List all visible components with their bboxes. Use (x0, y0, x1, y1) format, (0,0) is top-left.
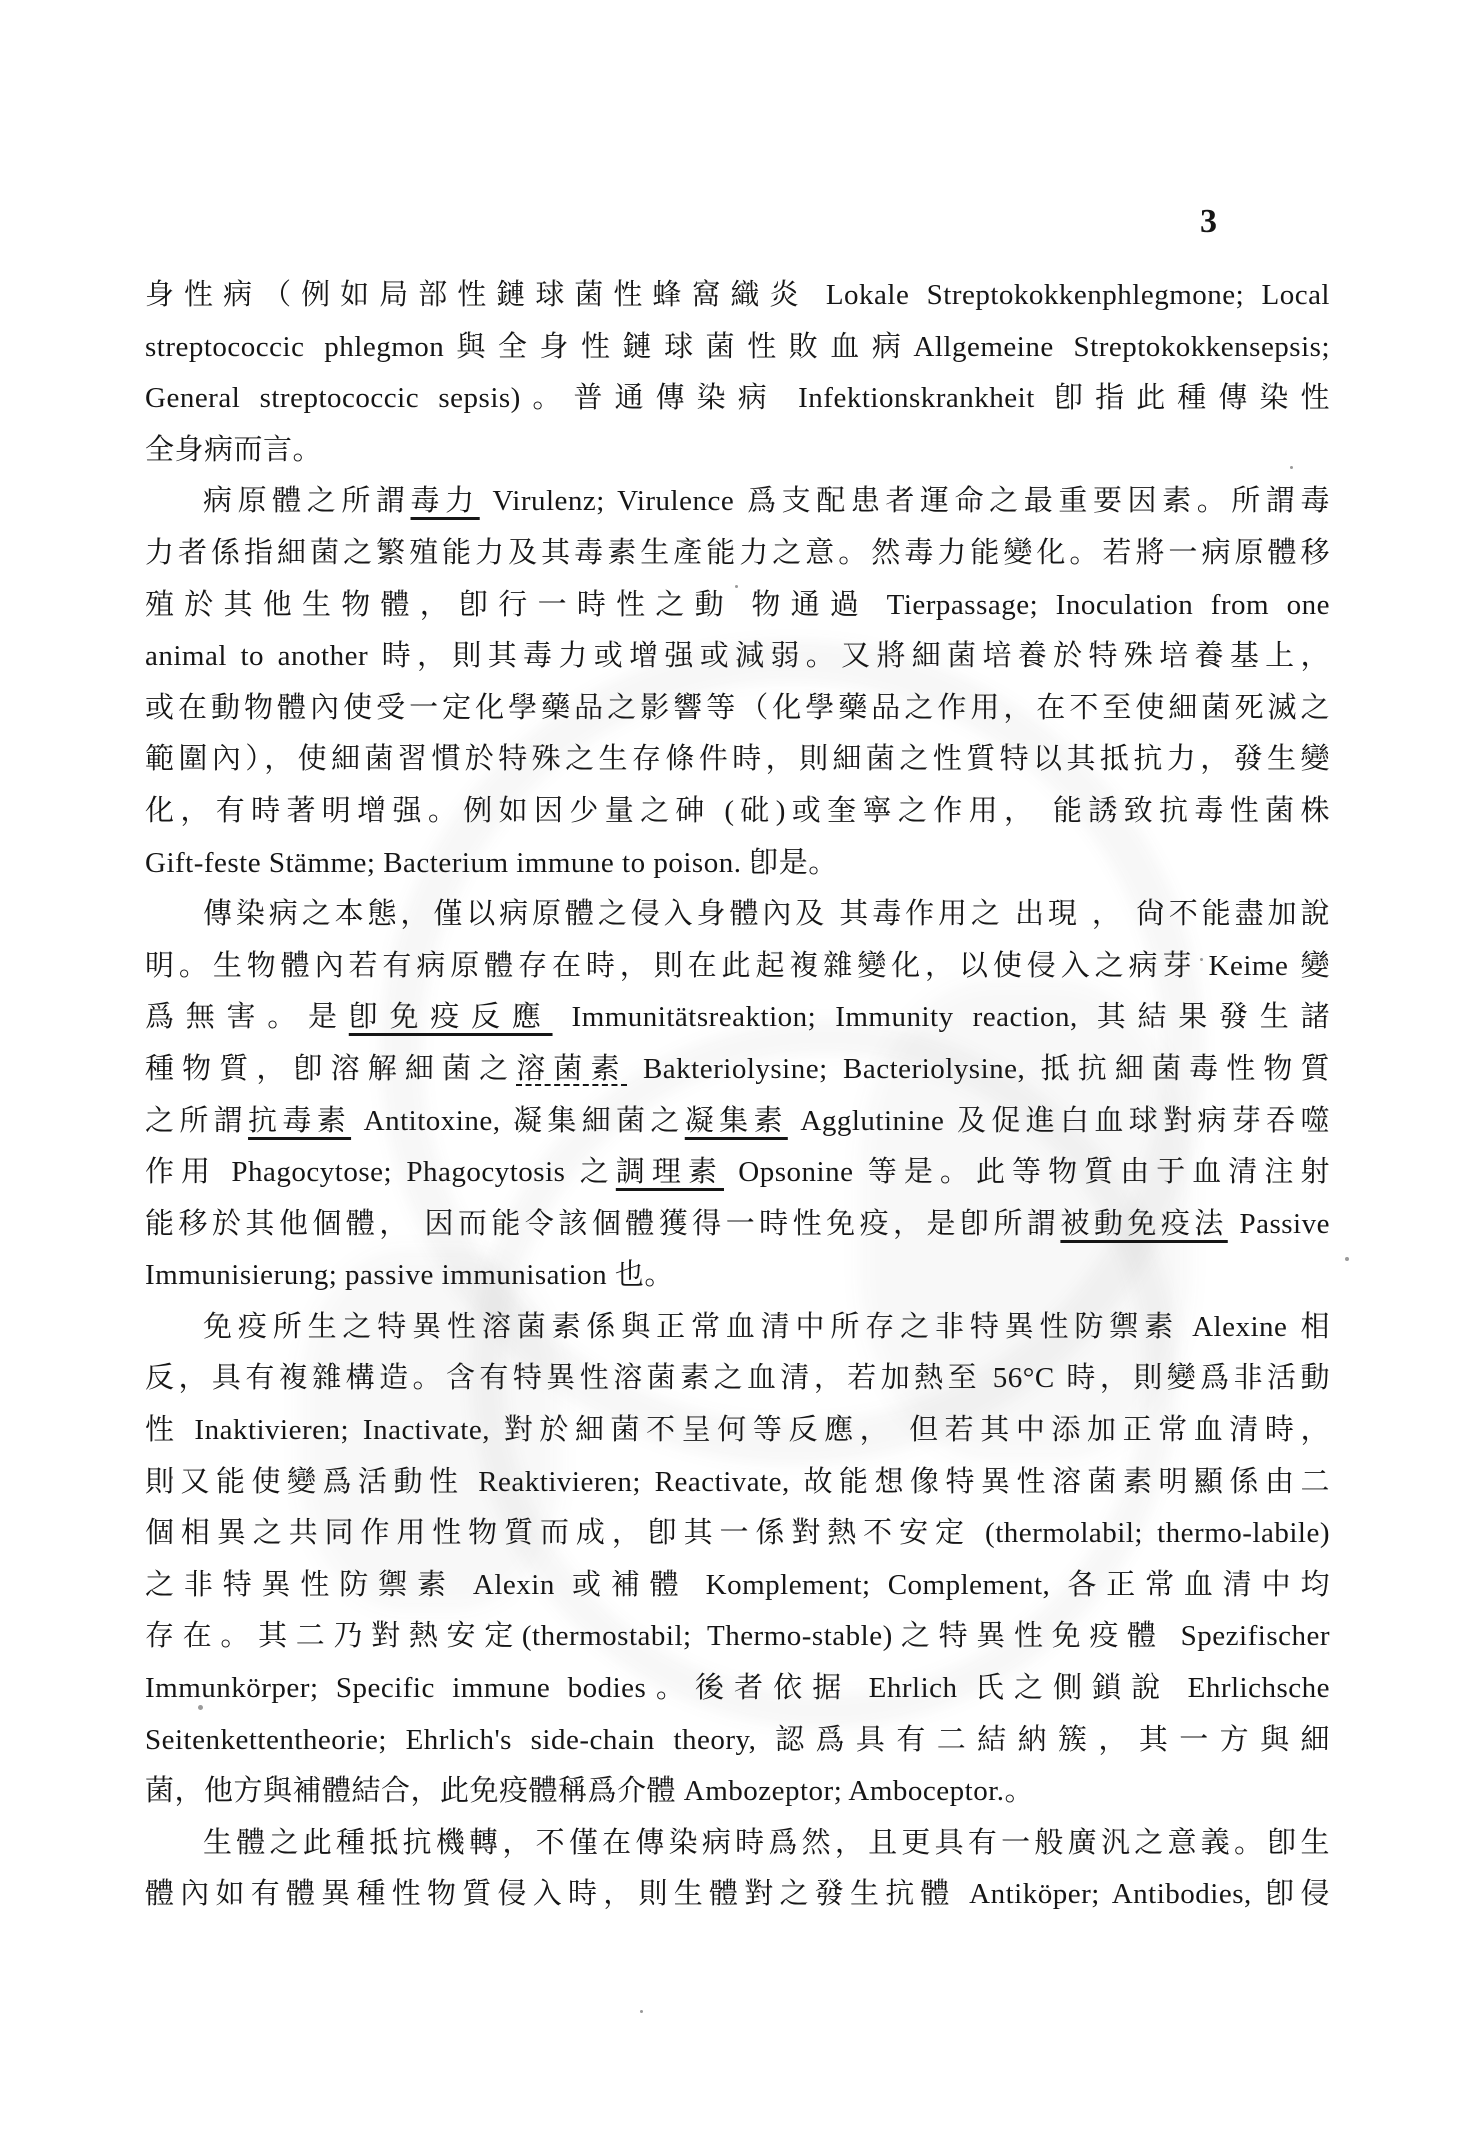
text-segment: 種物質，卽溶解細菌之 (145, 1053, 516, 1085)
text-segment: Agglutinine 及促進白血球對病芽吞噬 (788, 1105, 1330, 1137)
text-segment: Immunitätsreaktion; Immunity reaction, 其… (553, 1001, 1330, 1033)
text-segment: streptococcic phlegmon與全身性鏈球菌性敗血病Allgeme… (145, 331, 1330, 363)
underlined-term: 溶菌素 (516, 1053, 627, 1085)
text-line: 範圍內），使細菌習慣於特殊之生存條件時，則細菌之性質特以其抵抗力，發生變 (145, 734, 1330, 786)
text-segment: 全身病而言。 (145, 434, 322, 466)
text-line: Immunisierung; passive immunisation 也。 (145, 1250, 1330, 1302)
text-line: 免疫所生之特異性溶菌素係與正常血清中所存之非特異性防禦素 Alexine 相 (145, 1302, 1330, 1354)
text-segment: 身性病（例如局部性鏈球菌性蜂窩織炎 Lokale Streptokokkenph… (145, 279, 1330, 311)
text-line: 之所謂抗毒素 Antitoxine, 凝集細菌之凝集素 Agglutinine … (145, 1096, 1330, 1148)
text-segment: Immunkörper; Specific immune bodies。後者依据… (145, 1672, 1330, 1704)
text-segment: Opsonine 等是。此等物質由于血清注射 (724, 1156, 1330, 1188)
text-segment: 明。生物體內若有病原體存在時，則在此起複雜變化，以使侵入之病芽 Keime 變 (145, 950, 1330, 982)
text-segment: animal to another 時，則其毒力或增强或減弱。又將細菌培養於特殊… (145, 640, 1330, 672)
text-line: Gift-feste Stämme; Bacterium immune to p… (145, 838, 1330, 890)
text-segment: Seitenkettentheorie; Ehrlich's side-chai… (145, 1724, 1330, 1756)
text-line: 爲無害。是卽免疫反應 Immunitätsreaktion; Immunity … (145, 992, 1330, 1044)
underlined-term: 被動免疫法 (1060, 1208, 1227, 1240)
text-line: 病原體之所謂毒力 Virulenz; Virulence 爲支配患者運命之最重要… (145, 476, 1330, 528)
text-segment: Virulenz; Virulence 爲支配患者運命之最重要因素。所謂毒 (480, 485, 1330, 517)
page-number: 3 (1200, 203, 1218, 241)
text-line: 明。生物體內若有病原體存在時，則在此起複雜變化，以使侵入之病芽 Keime 變 (145, 941, 1330, 993)
text-line: 化，有時著明增强。例如因少量之砷 (砒)或奎寧之作用， 能誘致抗毒性菌株 (145, 786, 1330, 838)
underlined-term: 卽免疫反應 (349, 1001, 553, 1033)
text-line: 力者係指細菌之繁殖能力及其毒素生產能力之意。然毒力能變化。若將一病原體移 (145, 528, 1330, 580)
text-segment: 或在動物體內使受一定化學藥品之影響等（化學藥品之作用，在不至使細菌死滅之 (145, 692, 1330, 724)
text-segment: 之所謂 (145, 1105, 248, 1137)
text-line: animal to another 時，則其毒力或增强或減弱。又將細菌培養於特殊… (145, 631, 1330, 683)
underlined-term: 調理素 (616, 1156, 724, 1188)
text-segment: 力者係指細菌之繁殖能力及其毒素生產能力之意。然毒力能變化。若將一病原體移 (145, 537, 1330, 569)
text-line: 身性病（例如局部性鏈球菌性蜂窩織炎 Lokale Streptokokkenph… (145, 270, 1330, 322)
text-segment: 性 Inaktivieren; Inactivate, 對於細菌不呈何等反應， … (145, 1414, 1330, 1446)
scan-speck (1345, 1257, 1349, 1261)
text-segment: 體內如有體異種性物質侵入時，則生體對之發生抗體 Antiköper; Antib… (145, 1878, 1330, 1910)
text-segment: 個相異之共同作用性物質而成，卽其一係對熱不安定 (thermolabil; th… (145, 1517, 1330, 1549)
text-line: General streptococcic sepsis)。普通傳染病 Infe… (145, 373, 1330, 425)
text-line: 種物質，卽溶解細菌之溶菌素 Bakteriolysine; Bacterioly… (145, 1044, 1330, 1096)
text-segment: 作用 Phagocytose; Phagocytosis 之 (145, 1156, 616, 1188)
text-line: streptococcic phlegmon與全身性鏈球菌性敗血病Allgeme… (145, 322, 1330, 374)
underlined-term: 凝集素 (685, 1105, 788, 1137)
text-line: 作用 Phagocytose; Phagocytosis 之調理素 Opsoni… (145, 1147, 1330, 1199)
text-line: 殖於其他生物體，卽行一時性之動 物通過 Tierpassage; Inocula… (145, 580, 1330, 632)
text-line: 生體之此種抵抗機轉，不僅在傳染病時爲然，且更具有一般廣汎之意義。卽生 (145, 1818, 1330, 1870)
paragraph: 傳染病之本態，僅以病原體之侵入身體內及 其毒作用之 出現 ， 尙不能盡加說明。生… (145, 889, 1330, 1302)
text-segment: 化，有時著明增强。例如因少量之砷 (砒)或奎寧之作用， 能誘致抗毒性菌株 (145, 795, 1330, 827)
text-segment: Gift-feste Stämme; Bacterium immune to p… (145, 847, 838, 879)
text-line: 則又能使變爲活動性 Reaktivieren; Reactivate, 故能想像… (145, 1457, 1330, 1509)
text-segment: 範圍內），使細菌習慣於特殊之生存條件時，則細菌之性質特以其抵抗力，發生變 (145, 743, 1330, 775)
text-line: 菌，他方與補體結合，此免疫體稱爲介體 Ambozeptor; Ambocepto… (145, 1766, 1330, 1818)
text-line: Seitenkettentheorie; Ehrlich's side-chai… (145, 1715, 1330, 1767)
paragraph: 生體之此種抵抗機轉，不僅在傳染病時爲然，且更具有一般廣汎之意義。卽生體內如有體異… (145, 1818, 1330, 1921)
text-segment: 免疫所生之特異性溶菌素係與正常血清中所存之非特異性防禦素 Alexine 相 (203, 1311, 1330, 1343)
text-segment: 反，具有複雜構造。含有特異性溶菌素之血清，若加熱至 56°C 時，則變爲非活動 (145, 1362, 1330, 1394)
text-segment: 能移於其他個體， 因而能令該個體獲得一時性免疫，是卽所謂 (145, 1208, 1060, 1240)
text-segment: Antitoxine, 凝集細菌之 (351, 1105, 685, 1137)
text-line: 傳染病之本態，僅以病原體之侵入身體內及 其毒作用之 出現 ， 尙不能盡加說 (145, 889, 1330, 941)
paragraph: 病原體之所謂毒力 Virulenz; Virulence 爲支配患者運命之最重要… (145, 476, 1330, 889)
text-segment: 則又能使變爲活動性 Reaktivieren; Reactivate, 故能想像… (145, 1466, 1330, 1498)
text-line: 能移於其他個體， 因而能令該個體獲得一時性免疫，是卽所謂被動免疫法 Passiv… (145, 1199, 1330, 1251)
text-line: 或在動物體內使受一定化學藥品之影響等（化學藥品之作用，在不至使細菌死滅之 (145, 683, 1330, 735)
text-segment: General streptococcic sepsis)。普通傳染病 Infe… (145, 382, 1330, 414)
underlined-term: 毒力 (411, 485, 480, 517)
scanned-page: 3 身性病（例如局部性鏈球菌性蜂窩織炎 Lokale Streptokokken… (0, 0, 1467, 2133)
paragraph: 身性病（例如局部性鏈球菌性蜂窩織炎 Lokale Streptokokkenph… (145, 270, 1330, 476)
text-line: 體內如有體異種性物質侵入時，則生體對之發生抗體 Antiköper; Antib… (145, 1869, 1330, 1921)
text-line: 全身病而言。 (145, 425, 1330, 477)
text-segment: 殖於其他生物體，卽行一時性之動 物通過 Tierpassage; Inocula… (145, 589, 1330, 621)
text-segment: 菌，他方與補體結合，此免疫體稱爲介體 Ambozeptor; Ambocepto… (145, 1775, 1034, 1807)
text-segment: 病原體之所謂 (203, 485, 411, 517)
text-segment: 之非特異性防禦素 Alexin 或補體 Komplement; Compleme… (145, 1569, 1330, 1601)
paragraph: 免疫所生之特異性溶菌素係與正常血清中所存之非特異性防禦素 Alexine 相反，… (145, 1302, 1330, 1818)
text-block: 身性病（例如局部性鏈球菌性蜂窩織炎 Lokale Streptokokkenph… (145, 270, 1330, 1921)
text-segment: 存在。其二乃對熱安定(thermostabil; Thermo-stable)之… (145, 1620, 1330, 1652)
text-line: 之非特異性防禦素 Alexin 或補體 Komplement; Compleme… (145, 1560, 1330, 1612)
text-segment: 生體之此種抵抗機轉，不僅在傳染病時爲然，且更具有一般廣汎之意義。卽生 (203, 1827, 1330, 1859)
scan-speck (640, 2010, 643, 2013)
text-segment: 爲無害。是 (145, 1001, 349, 1033)
text-segment: Passive (1228, 1208, 1330, 1240)
underlined-term: 抗毒素 (248, 1105, 351, 1137)
text-line: 反，具有複雜構造。含有特異性溶菌素之血清，若加熱至 56°C 時，則變爲非活動 (145, 1353, 1330, 1405)
text-line: 個相異之共同作用性物質而成，卽其一係對熱不安定 (thermolabil; th… (145, 1508, 1330, 1560)
text-segment: 傳染病之本態，僅以病原體之侵入身體內及 其毒作用之 出現 ， 尙不能盡加說 (203, 898, 1330, 930)
text-line: 存在。其二乃對熱安定(thermostabil; Thermo-stable)之… (145, 1611, 1330, 1663)
text-line: Immunkörper; Specific immune bodies。後者依据… (145, 1663, 1330, 1715)
text-segment: Bakteriolysine; Bacteriolysine, 抵抗細菌毒性物質 (628, 1053, 1330, 1085)
text-line: 性 Inaktivieren; Inactivate, 對於細菌不呈何等反應， … (145, 1405, 1330, 1457)
text-segment: Immunisierung; passive immunisation 也。 (145, 1259, 674, 1291)
